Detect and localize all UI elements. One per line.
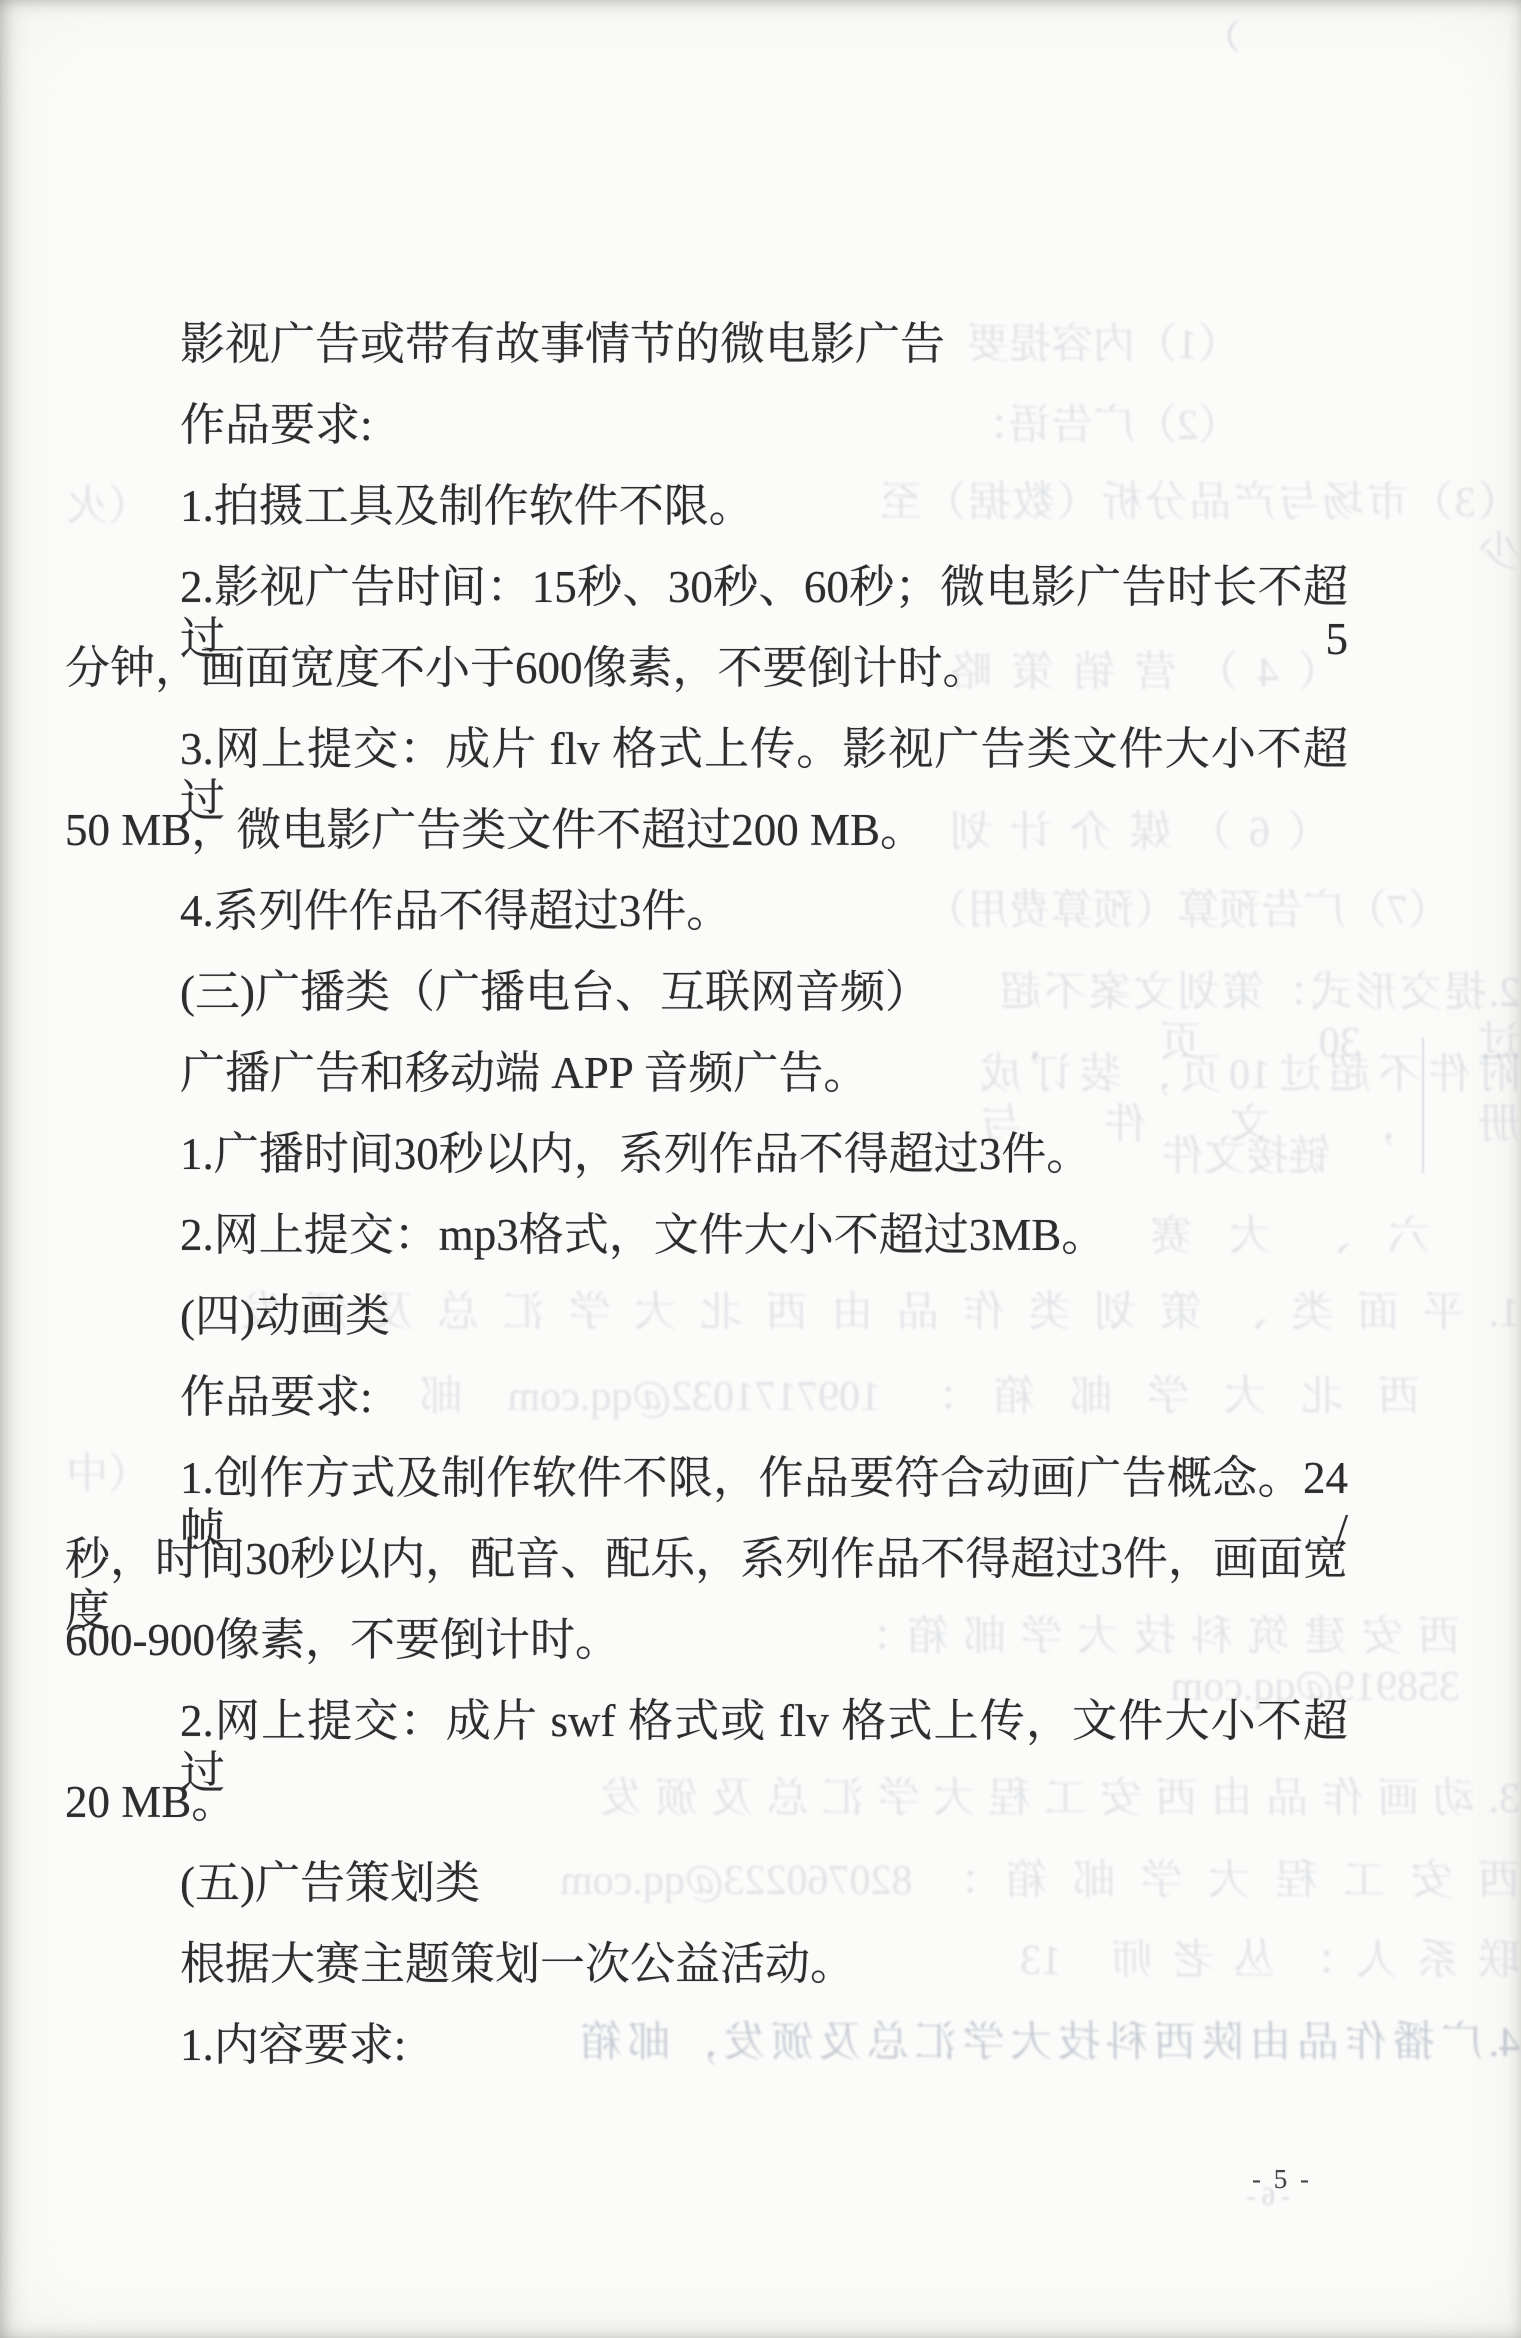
page-number: - 5 - [1252,2164,1372,2195]
bleed-through-text: （1）内容提要 [950,320,1240,370]
bleed-through-text: 六、大赛 [1150,1212,1430,1262]
text-line: 影视广告或带有故事情节的微电影广告 [180,318,945,370]
text-line: 作品要求: [180,399,373,451]
bleed-through-text: （7）广告预算（预算费用） [930,886,1450,936]
text-line: 600-900像素，不要倒计时。 [65,1614,620,1666]
bleed-through-text: 4.广播作品由陕西科技大学汇总及颁发，邮箱 [580,2018,1520,2068]
bleed-through-text: （火 [40,482,150,532]
bleed-through-text: ） [1200,14,1240,64]
text-line: 根据大赛主题策划一次公益活动。 [180,1938,855,1990]
bleed-through-text: （2）广告语： [985,401,1240,451]
text-line: 2.网上提交：成片 swf 格式或 flv 格式上传，文件大小不超过 [180,1695,1348,1799]
bleed-through-text: 1.平面类、策划类作品由西北大学汇总及颁发 [240,1288,1520,1338]
text-line: (四)动画类 [180,1290,390,1342]
text-line: 2.网上提交：mp3格式，文件大小不超过3MB。 [180,1209,1106,1261]
text-line: 50 MB，微电影广告类文件不超过200 MB。 [65,804,925,856]
bleed-through-rule-line [1422,1038,1424,1173]
text-line: 1.广播时间30秒以内，系列作品不得超过3件。 [180,1128,1091,1180]
text-line: 广播广告和移动端 APP 音频广告。 [180,1047,868,1099]
text-line: 20 MB。 [65,1776,236,1828]
bleed-through-text: 链接文件 [1100,1132,1330,1182]
text-line: 分钟，画面宽度不小于600像素，不要倒计时。 [65,642,988,694]
text-line: (五)广告策划类 [180,1857,480,1909]
text-line: (三)广播类（广播电台、互联网音频） [180,966,930,1018]
bleed-through-text: 联系人：丛老师 13 [1020,1936,1520,1986]
text-line: 作品要求: [180,1371,373,1423]
scanned-document-page: （1）内容提要（2）广告语：（3）市场与产品分析（数据）至少（火（4）营销策略（… [0,0,1521,2338]
bleed-through-text: （中 [40,1450,150,1500]
bleed-through-text: 西北大学邮箱：1097171032@qq.com 邮 [420,1372,1420,1422]
bleed-through-text: 西安工程大学邮箱：820760223@qq.com [560,1856,1520,1906]
text-line: 1.拍摄工具及制作软件不限。 [180,480,754,532]
text-line: 4.系列件作品不得超过3件。 [180,885,731,937]
text-line: 1.内容要求: [180,2019,406,2071]
